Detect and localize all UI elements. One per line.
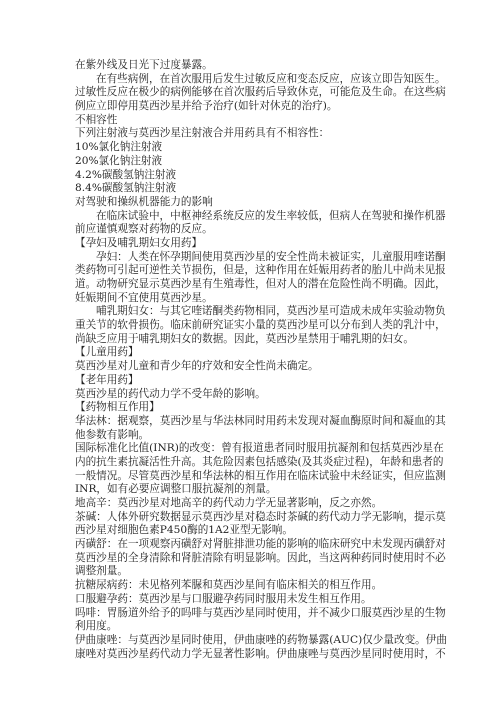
text-line: 调整剂量。: [75, 565, 427, 579]
text-line: 重关节的软骨损伤。临床前研究证实小量的莫西沙星可以分布到人类的乳汁中，: [75, 319, 427, 333]
text-line: 口服避孕药：莫西沙星与口服避孕药同时服用未发生相互作用。: [75, 593, 427, 607]
section-heading-pediatric: 【儿童用药】: [75, 346, 427, 360]
text-line: 一般情况。尽管莫西沙星和华法林的相互作用在临床试验中未经证实，但应监测: [75, 470, 427, 484]
paragraph-line: 孕妇：人类在怀孕期间使用莫西沙星的安全性尚未被证实，儿童服用喹诺酮: [75, 251, 427, 265]
text-line: 前应谨慎观察对药物的反应。: [75, 223, 427, 237]
section-heading-driving: 对驾驶和操纵机器能力的影响: [75, 196, 427, 210]
text-line: 道。动物研究显示莫西沙星有生殖毒性，但对人的潜在危险性尚不明确。因此，: [75, 278, 427, 292]
text-line: 莫西沙星的全身清除和肾脏清除有明显影响。因此，当这两种药同时使用时不必: [75, 552, 427, 566]
text-line: 吗啡：胃肠道外给予的吗啡与莫西沙星同时使用，并不减少口服莫西沙星的生物: [75, 607, 427, 621]
text-line: 西沙星对细胞色素P450酶的1A2亚型无影响。: [75, 524, 427, 538]
paragraph-line: 在有些病例，在首次服用后发生过敏反应和变态反应，应该立即告知医生。: [75, 73, 427, 87]
text-line: 类药物可引起可逆性关节损伤，但是，这种作用在妊娠用药者的胎儿中尚未见报: [75, 264, 427, 278]
paragraph-line: 哺乳期妇女：与其它喹诺酮类药物相同，莫西沙星可造成未成年实验动物负: [75, 305, 427, 319]
text-line: 尚缺乏应用于哺乳期妇女的数据。因此，莫西沙星禁用于哺乳期的妇女。: [75, 333, 427, 347]
section-heading-geriatric: 【老年用药】: [75, 374, 427, 388]
text-line: 下列注射液与莫西沙星注射液合并用药具有不相容性：: [75, 127, 427, 141]
section-heading-incompatibility: 不相容性: [75, 114, 427, 128]
text-line: INR，如有必要应调整口服抗凝剂的剂量。: [75, 483, 427, 497]
text-line: 过敏性反应在极少的病例能够在首次服药后导致休克，可能危及生命。在这些病: [75, 86, 427, 100]
text-line: 内的抗生素抗凝活性升高。其危险因素包括感染(及其炎症过程)，年龄和患者的: [75, 456, 427, 470]
list-item: 20%氯化钠注射液: [75, 155, 427, 169]
text-line: 他参数有影响。: [75, 429, 427, 443]
list-item: 8.4%碳酸氢钠注射液: [75, 182, 427, 196]
text-line: 例应立即停用莫西沙星并给予治疗(如针对休克的治疗)。: [75, 100, 427, 114]
list-item: 10%氯化钠注射液: [75, 141, 427, 155]
section-heading-interactions: 【药物相互作用】: [75, 401, 427, 415]
text-line: 丙磺舒：在一项观察丙磺舒对肾脏排泄功能的影响的临床研究中未发现丙磺舒对: [75, 538, 427, 552]
text-line: 妊娠期间不宜使用莫西沙星。: [75, 292, 427, 306]
text-line: 抗糖尿病药：未见格列苯脲和莫西沙星间有临床相关的相互作用。: [75, 579, 427, 593]
text-line: 康唑对莫西沙星药代动力学无显著性影响。伊曲康唑与莫西沙星同时使用时，不: [75, 648, 427, 662]
list-item: 4.2%碳酸氢钠注射液: [75, 169, 427, 183]
document-page: 在紫外线及日光下过度暴露。 在有些病例，在首次服用后发生过敏反应和变态反应，应该…: [75, 59, 427, 661]
text-line: 华法林：据观察，莫西沙星与华法林同时用药未发现对凝血酶原时间和凝血的其: [75, 415, 427, 429]
text-line: 伊曲康唑：与莫西沙星同时使用，伊曲康唑的药物暴露(AUC)仅少量改变。伊曲: [75, 634, 427, 648]
text-line: 在紫外线及日光下过度暴露。: [75, 59, 427, 73]
text-line: 茶碱：人体外研究数据显示莫西沙星对稳态时茶碱的药代动力学无影响，提示莫: [75, 511, 427, 525]
text-line: 莫西沙星对儿童和青少年的疗效和安全性尚未确定。: [75, 360, 427, 374]
text-line: 莫西沙星的药代动力学不受年龄的影响。: [75, 388, 427, 402]
section-heading-pregnancy: 【孕妇及哺乳期妇女用药】: [75, 237, 427, 251]
text-line: 利用度。: [75, 620, 427, 634]
text-line: 国际标准化比值(INR)的改变：曾有报道患者同时服用抗凝剂和包括莫西沙星在: [75, 442, 427, 456]
paragraph-line: 在临床试验中，中枢神经系统反应的发生率较低，但病人在驾驶和操作机器: [75, 210, 427, 224]
text-line: 地高辛：莫西沙星对地高辛的药代动力学无显著影响，反之亦然。: [75, 497, 427, 511]
